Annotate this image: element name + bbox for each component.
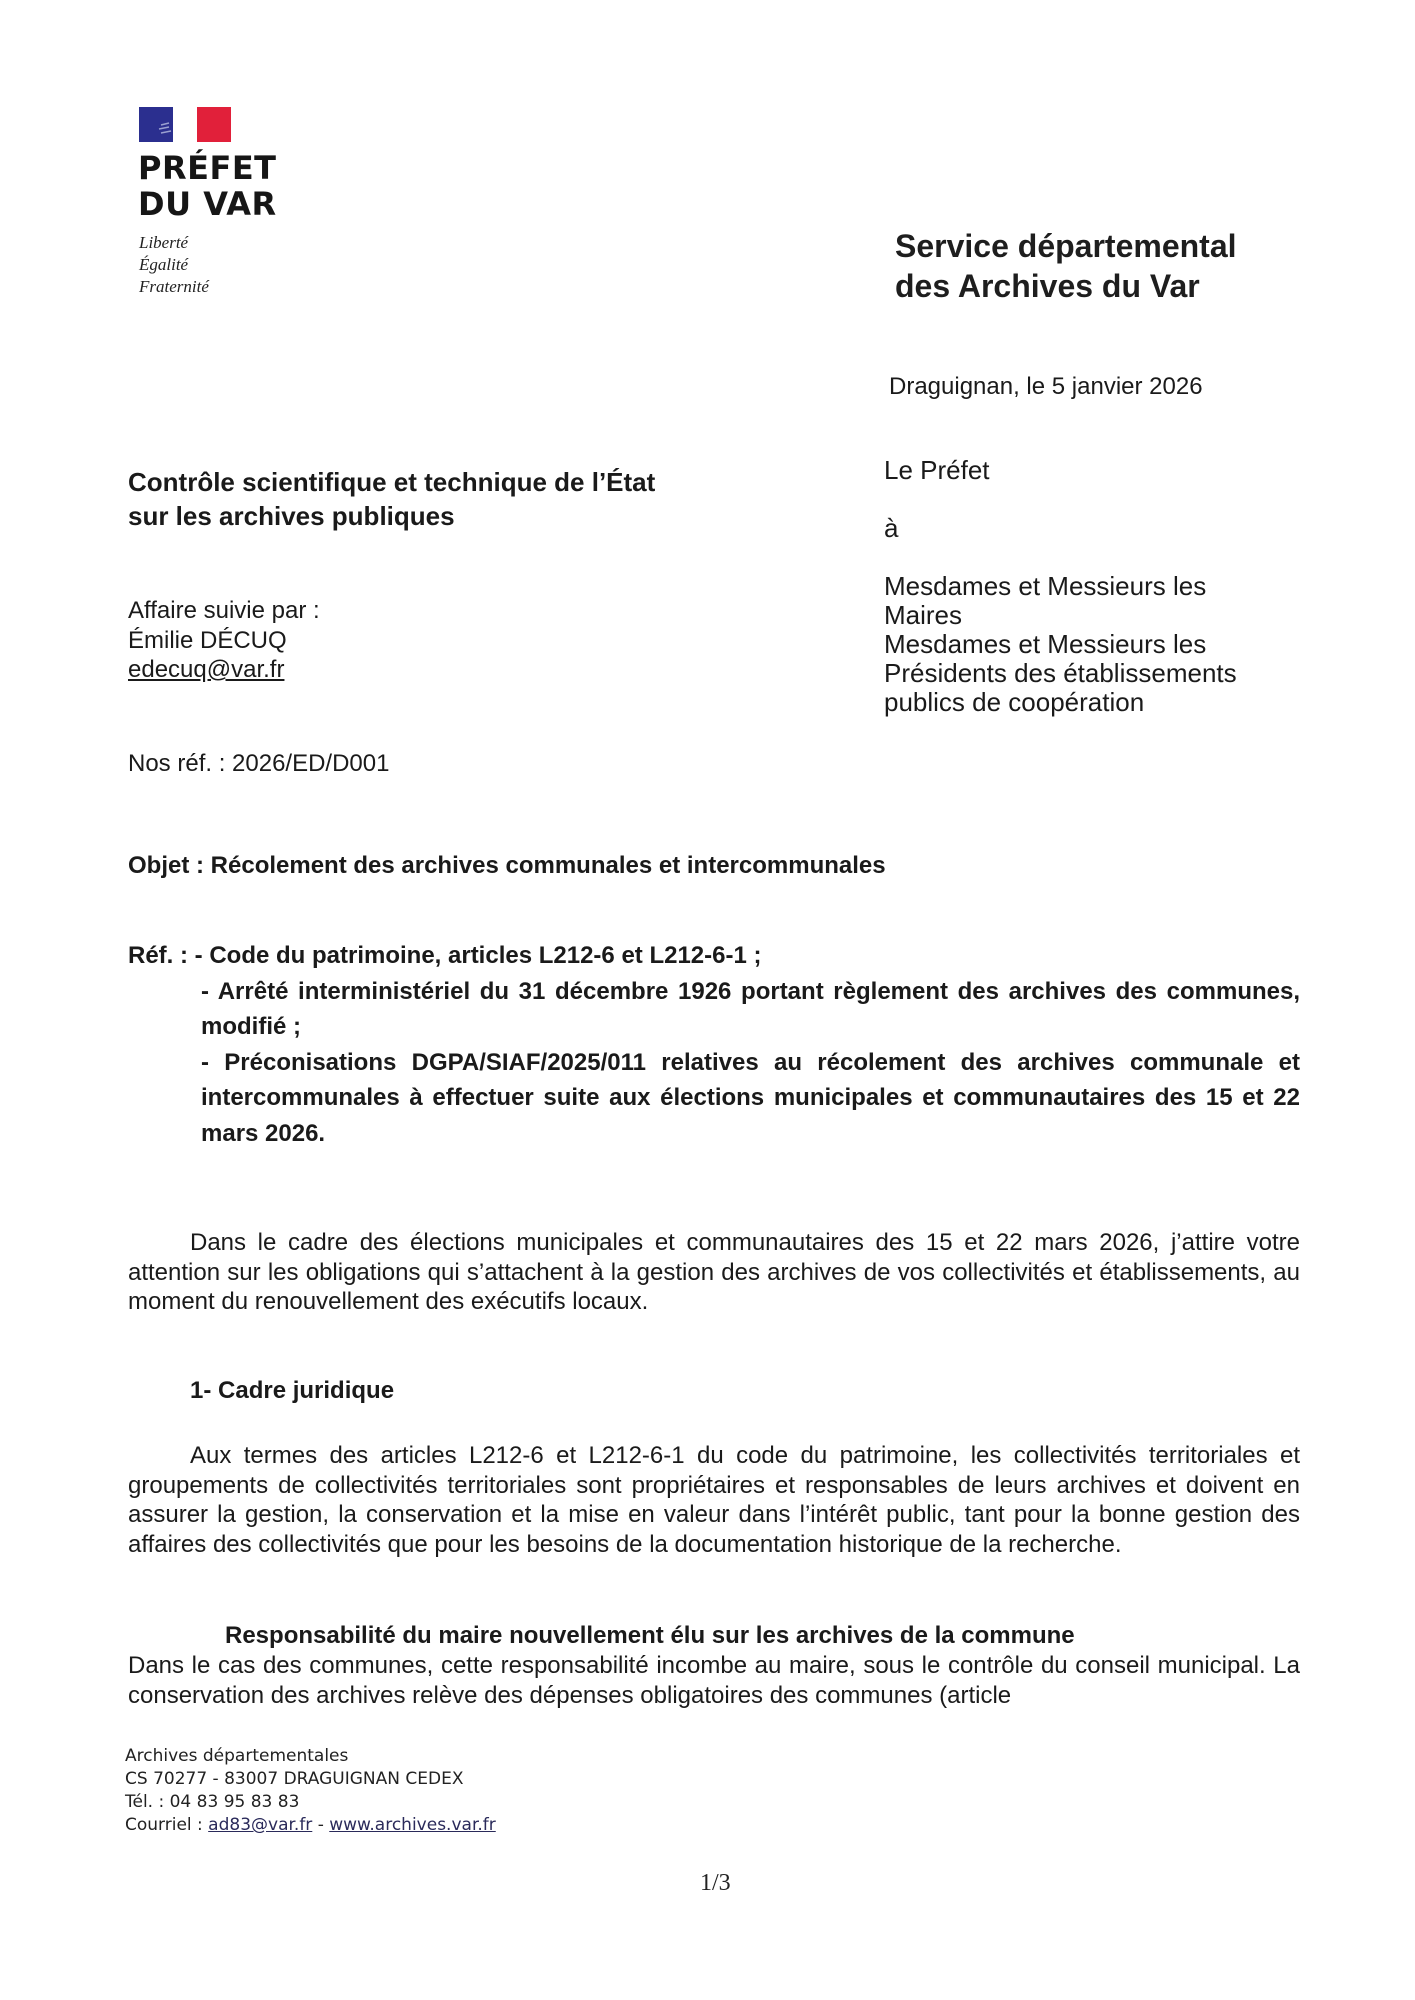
reference-item: - Arrêté interministériel du 31 décembre… xyxy=(201,974,1300,1045)
service-title-line-1: Service départemental xyxy=(895,226,1237,266)
footer-email-link[interactable]: ad83@var.fr xyxy=(208,1815,312,1835)
control-title: Contrôle scientifique et technique de l’… xyxy=(128,465,655,533)
republic-motto: Liberté Égalité Fraternité xyxy=(139,232,209,298)
sender-label: Le Préfet xyxy=(884,456,1237,485)
subsection-heading: Responsabilité du maire nouvellement élu… xyxy=(225,1621,1075,1650)
logo-line-1: PRÉFET xyxy=(138,150,277,186)
footer-address: Archives départementales CS 70277 - 8300… xyxy=(125,1745,496,1837)
footer-line: Archives départementales xyxy=(125,1745,496,1768)
courriel-label: Courriel : xyxy=(125,1815,208,1835)
motto-fraternite: Fraternité xyxy=(139,276,209,298)
page-number: 1/3 xyxy=(700,1870,731,1897)
case-handler: Affaire suivie par : Émilie DÉCUQ edecuq… xyxy=(128,596,320,685)
recipient-block: Le Préfet à Mesdames et Messieurs les Ma… xyxy=(884,456,1237,717)
service-title-line-2: des Archives du Var xyxy=(895,266,1237,306)
section-heading: 1- Cadre juridique xyxy=(190,1376,394,1405)
recipient-line: Maires xyxy=(884,601,1237,630)
logo-line-2: DU VAR xyxy=(138,186,277,222)
mayor-responsibility-paragraph: Dans le cas des communes, cette responsa… xyxy=(128,1651,1300,1710)
recipient-line: Mesdames et Messieurs les xyxy=(884,630,1237,659)
service-title: Service départemental des Archives du Va… xyxy=(895,226,1237,306)
reference-item: - Préconisations DGPA/SIAF/2025/011 rela… xyxy=(201,1045,1300,1152)
reference-item: Réf. : - Code du patrimoine, articles L2… xyxy=(128,938,1300,974)
control-title-line-1: Contrôle scientifique et technique de l’… xyxy=(128,465,655,499)
legal-framework-text: Aux termes des articles L212-6 et L212-6… xyxy=(128,1442,1300,1558)
letter-subject: Objet : Récolement des archives communal… xyxy=(128,851,886,880)
our-reference: Nos réf. : 2026/ED/D001 xyxy=(128,749,389,778)
footer-contact: Courriel : ad83@var.fr - www.archives.va… xyxy=(125,1814,496,1837)
footer-website-link[interactable]: www.archives.var.fr xyxy=(329,1815,496,1835)
to-label: à xyxy=(884,514,1237,543)
legal-framework-paragraph: Aux termes des articles L212-6 et L212-6… xyxy=(128,1441,1300,1559)
recipient-line: Mesdames et Messieurs les xyxy=(884,572,1237,601)
footer-line: CS 70277 - 83007 DRAGUIGNAN CEDEX xyxy=(125,1768,496,1791)
case-handler-name: Émilie DÉCUQ xyxy=(128,626,320,656)
recipient-line: publics de coopération xyxy=(884,688,1237,717)
footer-separator: - xyxy=(312,1815,329,1835)
motto-egalite: Égalité xyxy=(139,254,209,276)
marianne-flag-icon xyxy=(139,107,231,142)
intro-text: Dans le cadre des élections municipales … xyxy=(128,1229,1300,1315)
motto-liberte: Liberté xyxy=(139,232,209,254)
case-handler-email-link[interactable]: edecuq@var.fr xyxy=(128,656,284,683)
letter-date: Draguignan, le 5 janvier 2026 xyxy=(889,373,1203,401)
case-handler-label: Affaire suivie par : xyxy=(128,596,320,626)
prefecture-logo-name: PRÉFET DU VAR xyxy=(138,150,277,222)
footer-phone: Tél. : 04 83 95 83 83 xyxy=(125,1791,496,1814)
control-title-line-2: sur les archives publiques xyxy=(128,499,655,533)
references-list: Réf. : - Code du patrimoine, articles L2… xyxy=(128,938,1300,1151)
recipient-line: Présidents des établissements xyxy=(884,659,1237,688)
intro-paragraph: Dans le cadre des élections municipales … xyxy=(128,1228,1300,1317)
